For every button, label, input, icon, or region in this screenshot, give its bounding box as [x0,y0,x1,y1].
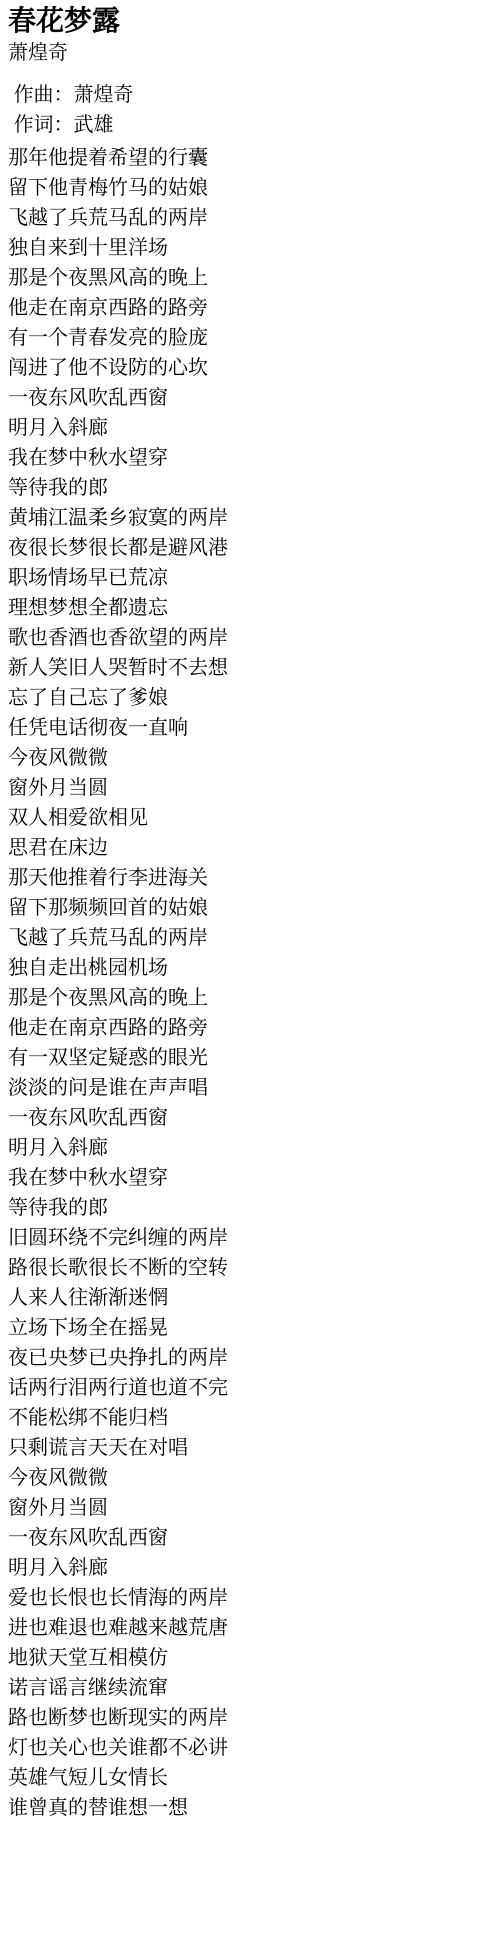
lyric-line: 路也断梦也断现实的两岸 [8,1703,490,1733]
lyric-line: 职场情场早已荒凉 [8,563,490,593]
lyric-line: 明月入斜廊 [8,1553,490,1583]
lyric-line: 歌也香酒也香欲望的两岸 [8,623,490,653]
lyric-line: 夜已央梦已央挣扎的两岸 [8,1343,490,1373]
lyric-line: 旧圆环绕不完纠缠的两岸 [8,1223,490,1253]
artist-name: 萧煌奇 [8,38,490,68]
lyric-line: 理想梦想全都遗忘 [8,593,490,623]
lyric-line: 那是个夜黑风高的晚上 [8,983,490,1013]
lyric-line: 双人相爱欲相见 [8,803,490,833]
lyric-line: 窗外月当圆 [8,773,490,803]
lyric-line: 那天他推着行李进海关 [8,863,490,893]
lyric-line: 只剩谎言天天在对唱 [8,1433,490,1463]
lyric-line: 独自走出桃园机场 [8,953,490,983]
lyric-line: 新人笑旧人哭暂时不去想 [8,653,490,683]
lyric-line: 诺言谣言继续流窜 [8,1673,490,1703]
lyric-line: 思君在床边 [8,833,490,863]
lyric-line: 那是个夜黑风高的晚上 [8,263,490,293]
lyric-line: 等待我的郎 [8,473,490,503]
lyric-line: 明月入斜廊 [8,1133,490,1163]
lyric-line: 灯也关心也关谁都不必讲 [8,1733,490,1763]
composer-credit: 作曲：萧煌奇 [8,80,490,110]
lyric-line: 等待我的郎 [8,1193,490,1223]
lyric-line: 人来人往渐渐迷惘 [8,1283,490,1313]
lyric-line: 一夜东风吹乱西窗 [8,383,490,413]
lyric-line: 留下那频频回首的姑娘 [8,893,490,923]
lyric-line: 地狱天堂互相模仿 [8,1643,490,1673]
lyric-line: 今夜风微微 [8,743,490,773]
lyric-line: 飞越了兵荒马乱的两岸 [8,923,490,953]
lyric-line: 独自来到十里洋场 [8,233,490,263]
lyric-line: 进也难退也难越来越荒唐 [8,1613,490,1643]
lyric-line: 忘了自己忘了爹娘 [8,683,490,713]
lyric-line: 飞越了兵荒马乱的两岸 [8,203,490,233]
lyrics-page: 春花梦露 萧煌奇 作曲：萧煌奇 作词：武雄 那年他提着希望的行囊留下他青梅竹马的… [0,0,500,1960]
lyrics-body: 那年他提着希望的行囊留下他青梅竹马的姑娘飞越了兵荒马乱的两岸独自来到十里洋场那是… [8,143,490,1823]
lyric-line: 爱也长恨也长情海的两岸 [8,1583,490,1613]
lyric-line: 那年他提着希望的行囊 [8,143,490,173]
lyric-line: 不能松绑不能归档 [8,1403,490,1433]
lyric-line: 闯进了他不设防的心坎 [8,353,490,383]
lyric-line: 我在梦中秋水望穿 [8,443,490,473]
lyricist-credit: 作词：武雄 [8,110,490,140]
lyric-line: 他走在南京西路的路旁 [8,293,490,323]
lyric-line: 明月入斜廊 [8,413,490,443]
lyric-line: 黄埔江温柔乡寂寞的两岸 [8,503,490,533]
lyric-line: 有一个青春发亮的脸庞 [8,323,490,353]
credits-block: 作曲：萧煌奇 作词：武雄 [8,80,490,140]
lyric-line: 立场下场全在摇晃 [8,1313,490,1343]
lyric-line: 窗外月当圆 [8,1493,490,1523]
lyric-line: 谁曾真的替谁想一想 [8,1793,490,1823]
lyric-line: 一夜东风吹乱西窗 [8,1103,490,1133]
lyric-line: 他走在南京西路的路旁 [8,1013,490,1043]
lyric-line: 夜很长梦很长都是避风港 [8,533,490,563]
lyric-line: 有一双坚定疑惑的眼光 [8,1043,490,1073]
lyric-line: 淡淡的问是谁在声声唱 [8,1073,490,1103]
lyric-line: 任凭电话彻夜一直响 [8,713,490,743]
song-title: 春花梦露 [8,4,490,38]
lyric-line: 英雄气短儿女情长 [8,1763,490,1793]
lyric-line: 留下他青梅竹马的姑娘 [8,173,490,203]
lyric-line: 我在梦中秋水望穿 [8,1163,490,1193]
lyric-line: 今夜风微微 [8,1463,490,1493]
lyric-line: 话两行泪两行道也道不完 [8,1373,490,1403]
lyric-line: 一夜东风吹乱西窗 [8,1523,490,1553]
lyric-line: 路很长歌很长不断的空转 [8,1253,490,1283]
